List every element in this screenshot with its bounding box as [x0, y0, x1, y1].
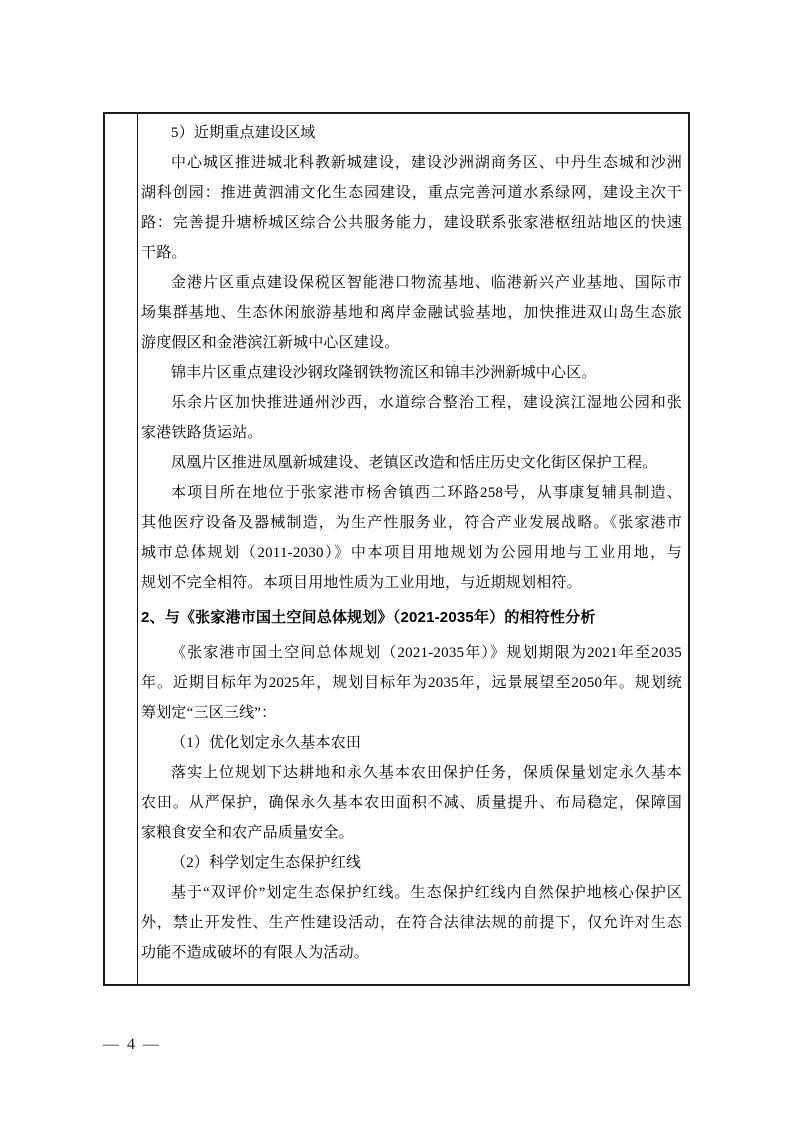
text-line: 其他医疗设备及器械制造，为生产性服务业，符合产业发展战略。《张家港市 [141, 508, 682, 538]
text-line: 本项目所在地位于张家港市杨舍镇西二环路258号，从事康复辅具制造、 [141, 478, 682, 508]
text-line: 外，禁止开发性、生产性建设活动，在符合法律法规的前提下，仅允许对生态 [141, 908, 682, 938]
text-line: 《张家港市国土空间总体规划（2021-2035年）》规划期限为2021年至203… [141, 638, 682, 668]
text-line: 年。近期目标年为2025年，规划目标年为2035年，远景展望至2050年。规划统 [141, 668, 682, 698]
text-line: 乐余片区加快推进通州沙西，水道综合整治工程，建设滨江湿地公园和张 [141, 388, 682, 418]
content-table: 5）近期重点建设区域 中心城区推进城北科教新城建设，建设沙洲湖商务区、中丹生态城… [103, 112, 690, 986]
text-line: 2、与《张家港市国土空间总体规划》（2021-2035年）的相符性分析 [141, 603, 682, 633]
text-line: 落实上位规划下达耕地和永久基本农田保护任务，保质保量划定永久基本 [141, 758, 682, 788]
text-line: 5）近期重点建设区域 [141, 118, 682, 148]
text-line: 金港片区重点建设保税区智能港口物流基地、临港新兴产业基地、国际市 [141, 268, 682, 298]
text-line: 农田。从严保护，确保永久基本农田面积不减、质量提升、布局稳定，保障国 [141, 788, 682, 818]
text-line: 湖科创园：推进黄泗浦文化生态园建设，重点完善河道水系绿网，建设主次干 [141, 178, 682, 208]
table-left-column [105, 114, 138, 984]
text-line: （2）科学划定生态保护红线 [141, 848, 682, 878]
text-line: 家港铁路货运站。 [141, 418, 682, 448]
text-line: 干路。 [141, 238, 682, 268]
text-line: 锦丰片区重点建设沙钢玫隆钢铁物流区和锦丰沙洲新城中心区。 [141, 358, 682, 388]
page-number: — 4 — [103, 1033, 161, 1057]
text-line: 基于“双评价”划定生态保护红线。生态保护红线内自然保护地核心保护区 [141, 878, 682, 908]
text-line: 路：完善提升塘桥城区综合公共服务能力，建设联系张家港枢纽站地区的快速 [141, 208, 682, 238]
text-line: （1）优化划定永久基本农田 [141, 728, 682, 758]
text-line: 功能不造成破坏的有限人为活动。 [141, 938, 682, 968]
text-line: 城市总体规划（2011-2030）》中本项目用地规划为公园用地与工业用地，与 [141, 538, 682, 568]
text-line: 凤凰片区推进凤凰新城建设、老镇区改造和恬庄历史文化街区保护工程。 [141, 448, 682, 478]
text-line: 中心城区推进城北科教新城建设，建设沙洲湖商务区、中丹生态城和沙洲 [141, 148, 682, 178]
text-line: 场集群基地、生态休闲旅游基地和离岸金融试验基地，加快推进双山岛生态旅 [141, 298, 682, 328]
text-line: 筹划定“三区三线”： [141, 698, 682, 728]
text-line: 规划不完全相符。本项目用地性质为工业用地，与近期规划相符。 [141, 568, 682, 598]
text-line: 游度假区和金港滨江新城中心区建设。 [141, 328, 682, 358]
table-content-cell: 5）近期重点建设区域 中心城区推进城北科教新城建设，建设沙洲湖商务区、中丹生态城… [138, 114, 688, 984]
text-line: 家粮食安全和农产品质量安全。 [141, 818, 682, 848]
